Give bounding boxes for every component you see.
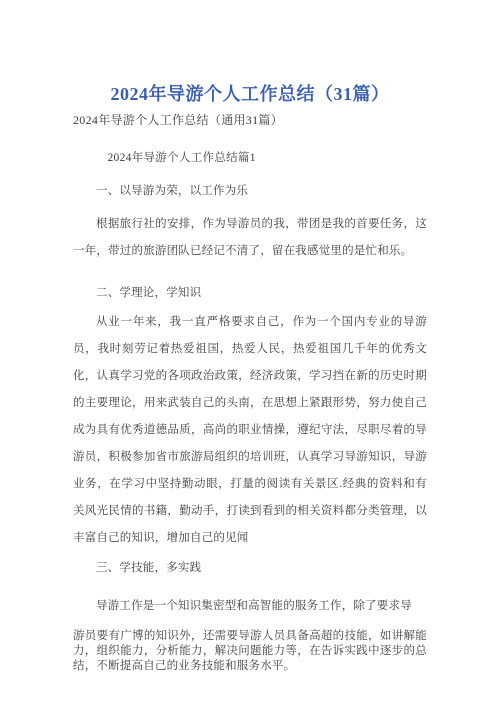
paragraph: 导游工作是一个知识集密型和高智能的服务工作，除了要求导	[73, 593, 427, 620]
document-page: 2024年导游个人工作总结（31篇） 2024年导游个人工作总结（通用31篇） …	[0, 0, 500, 707]
section-heading: 二、学理论，学知识	[73, 285, 427, 301]
section-heading: 一、以导游为荣，以工作为乐	[73, 183, 427, 199]
piece-heading: 2024年导游个人工作总结篇1	[73, 150, 427, 166]
section-heading: 三、学技能，多实践	[73, 560, 427, 576]
document-title: 2024年导游个人工作总结（31篇）	[73, 82, 427, 106]
paragraph: 根据旅行社的安排，作为导游员的我，带团是我的首要任务，这一年，带过的旅游团队已经…	[73, 211, 427, 265]
paragraph: 游员要有广博的知识外，还需要导游人员具备高超的技能，如讲解能力，组织能力，分析能…	[73, 629, 427, 674]
document-body: 一、以导游为荣，以工作为乐根据旅行社的安排，作为导游员的我，带团是我的首要任务，…	[73, 183, 427, 674]
paragraph: 从业一年来，我一直严格要求自己，作为一个国内专业的导游员，我时刻劳记着热爱祖国，…	[73, 309, 427, 552]
document-subtitle: 2024年导游个人工作总结（通用31篇）	[73, 112, 427, 128]
